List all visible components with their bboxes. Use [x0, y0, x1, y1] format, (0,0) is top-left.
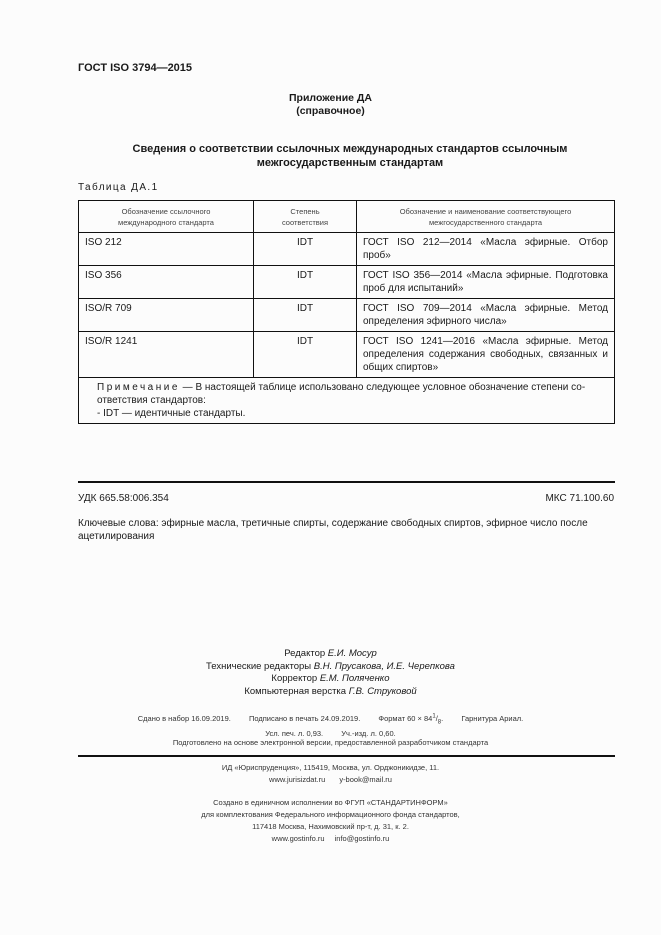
appendix-subtitle: (справочное) [0, 105, 661, 118]
credit-layout: Компьютерная верстка Г.В. Струковой [0, 686, 661, 699]
gostinfo-email-link[interactable]: info@gostinfo.ru [335, 834, 390, 843]
table-row: ISO/R 1241 IDT ГОСТ ISO 1241—2016 «Масла… [79, 332, 615, 378]
imprint-submitted: Сдано в набор 16.09.2019. [138, 714, 231, 723]
section-heading: Сведения о соответствии ссылочных междун… [90, 142, 610, 170]
note-item: - IDT — идентичные стандарты. [85, 407, 608, 420]
divider-rule-top [78, 481, 615, 483]
created-line-2: для комплектования Федерального информац… [0, 809, 661, 821]
divider-rule-bottom [78, 755, 615, 757]
column-header-intl: Обозначение ссылочногомеждународного ста… [79, 201, 254, 233]
appendix-title-block: Приложение ДА (справочное) [0, 92, 661, 118]
keywords: Ключевые слова: эфирные масла, третичные… [78, 517, 615, 543]
heading-line-2: межгосударственным стандартам [90, 156, 610, 170]
table-label: Таблица ДА.1 [78, 182, 159, 193]
mks-code: МКС 71.100.60 [545, 493, 614, 504]
imprint-block: Сдано в набор 16.09.2019. Подписано в пе… [0, 710, 661, 740]
udk-code: УДК 665.58:006.354 [78, 493, 169, 504]
cell-degree: IDT [254, 233, 357, 266]
imprint-line-1: Сдано в набор 16.09.2019. Подписано в пе… [0, 710, 661, 728]
publisher-site-link[interactable]: www.jurisizdat.ru [269, 775, 325, 784]
document-code: ГОСТ ISO 3794—2015 [78, 62, 192, 74]
gostinfo-site-link[interactable]: www.gostinfo.ru [272, 834, 325, 843]
imprint-signed: Подписано в печать 24.09.2019. [249, 714, 360, 723]
cell-degree: IDT [254, 266, 357, 299]
imprint-font: Гарнитура Ариал. [461, 714, 523, 723]
imprint-format: Формат 60 × 841/8. [378, 714, 443, 723]
credit-tech-editors: Технические редакторы В.Н. Прусакова, И.… [0, 661, 661, 674]
created-line-1: Создано в единичном исполнении во ФГУП «… [0, 797, 661, 809]
column-header-interstate: Обозначение и наименование соответствующ… [357, 201, 615, 233]
created-line-3: 117418 Москва, Нахимовский пр-т, д. 31, … [0, 821, 661, 833]
cell-interstate: ГОСТ ISO 212—2014 «Масла эфирные. Отбор … [357, 233, 615, 266]
credits-block: Редактор Е.И. Мосур Технические редактор… [0, 648, 661, 698]
correspondence-table: Обозначение ссылочногомеждународного ста… [78, 200, 615, 424]
appendix-title: Приложение ДА [0, 92, 661, 105]
note-label: Примечание [97, 382, 180, 393]
cell-intl: ISO 356 [79, 266, 254, 299]
table-row: ISO 212 IDT ГОСТ ISO 212—2014 «Масла эфи… [79, 233, 615, 266]
cell-interstate: ГОСТ ISO 356—2014 «Масла эфирные. Подгот… [357, 266, 615, 299]
cell-interstate: ГОСТ ISO 709—2014 «Масла эфирные. Метод … [357, 299, 615, 332]
column-header-degree: Степеньсоответствия [254, 201, 357, 233]
publisher-block: ИД «Юриспруденция», 115419, Москва, ул. … [0, 762, 661, 786]
imprint-print-sheets: Усл. печ. л. 0,93. [265, 729, 323, 738]
cell-degree: IDT [254, 332, 357, 378]
table-header-row: Обозначение ссылочногомеждународного ста… [79, 201, 615, 233]
cell-intl: ISO/R 709 [79, 299, 254, 332]
credit-editor: Редактор Е.И. Мосур [0, 648, 661, 661]
imprint-pub-sheets: Уч.-изд. л. 0,60. [341, 729, 396, 738]
table-row: ISO/R 709 IDT ГОСТ ISO 709—2014 «Масла э… [79, 299, 615, 332]
cell-degree: IDT [254, 299, 357, 332]
cell-interstate: ГОСТ ISO 1241—2016 «Масла эфирные. Метод… [357, 332, 615, 378]
table-note: Примечание — В настоящей таблице использ… [79, 378, 615, 424]
cell-intl: ISO 212 [79, 233, 254, 266]
publisher-address: ИД «Юриспруденция», 115419, Москва, ул. … [0, 762, 661, 774]
table-note-row: Примечание — В настоящей таблице использ… [79, 378, 615, 424]
credit-corrector: Корректор Е.М. Поляченко [0, 673, 661, 686]
publisher-email-link[interactable]: y-book@mail.ru [339, 775, 392, 784]
table-row: ISO 356 IDT ГОСТ ISO 356—2014 «Масла эфи… [79, 266, 615, 299]
prepared-note: Подготовлено на основе электронной верси… [0, 738, 661, 747]
heading-line-1: Сведения о соответствии ссылочных междун… [90, 142, 610, 156]
created-block: Создано в единичном исполнении во ФГУП «… [0, 797, 661, 845]
cell-intl: ISO/R 1241 [79, 332, 254, 378]
